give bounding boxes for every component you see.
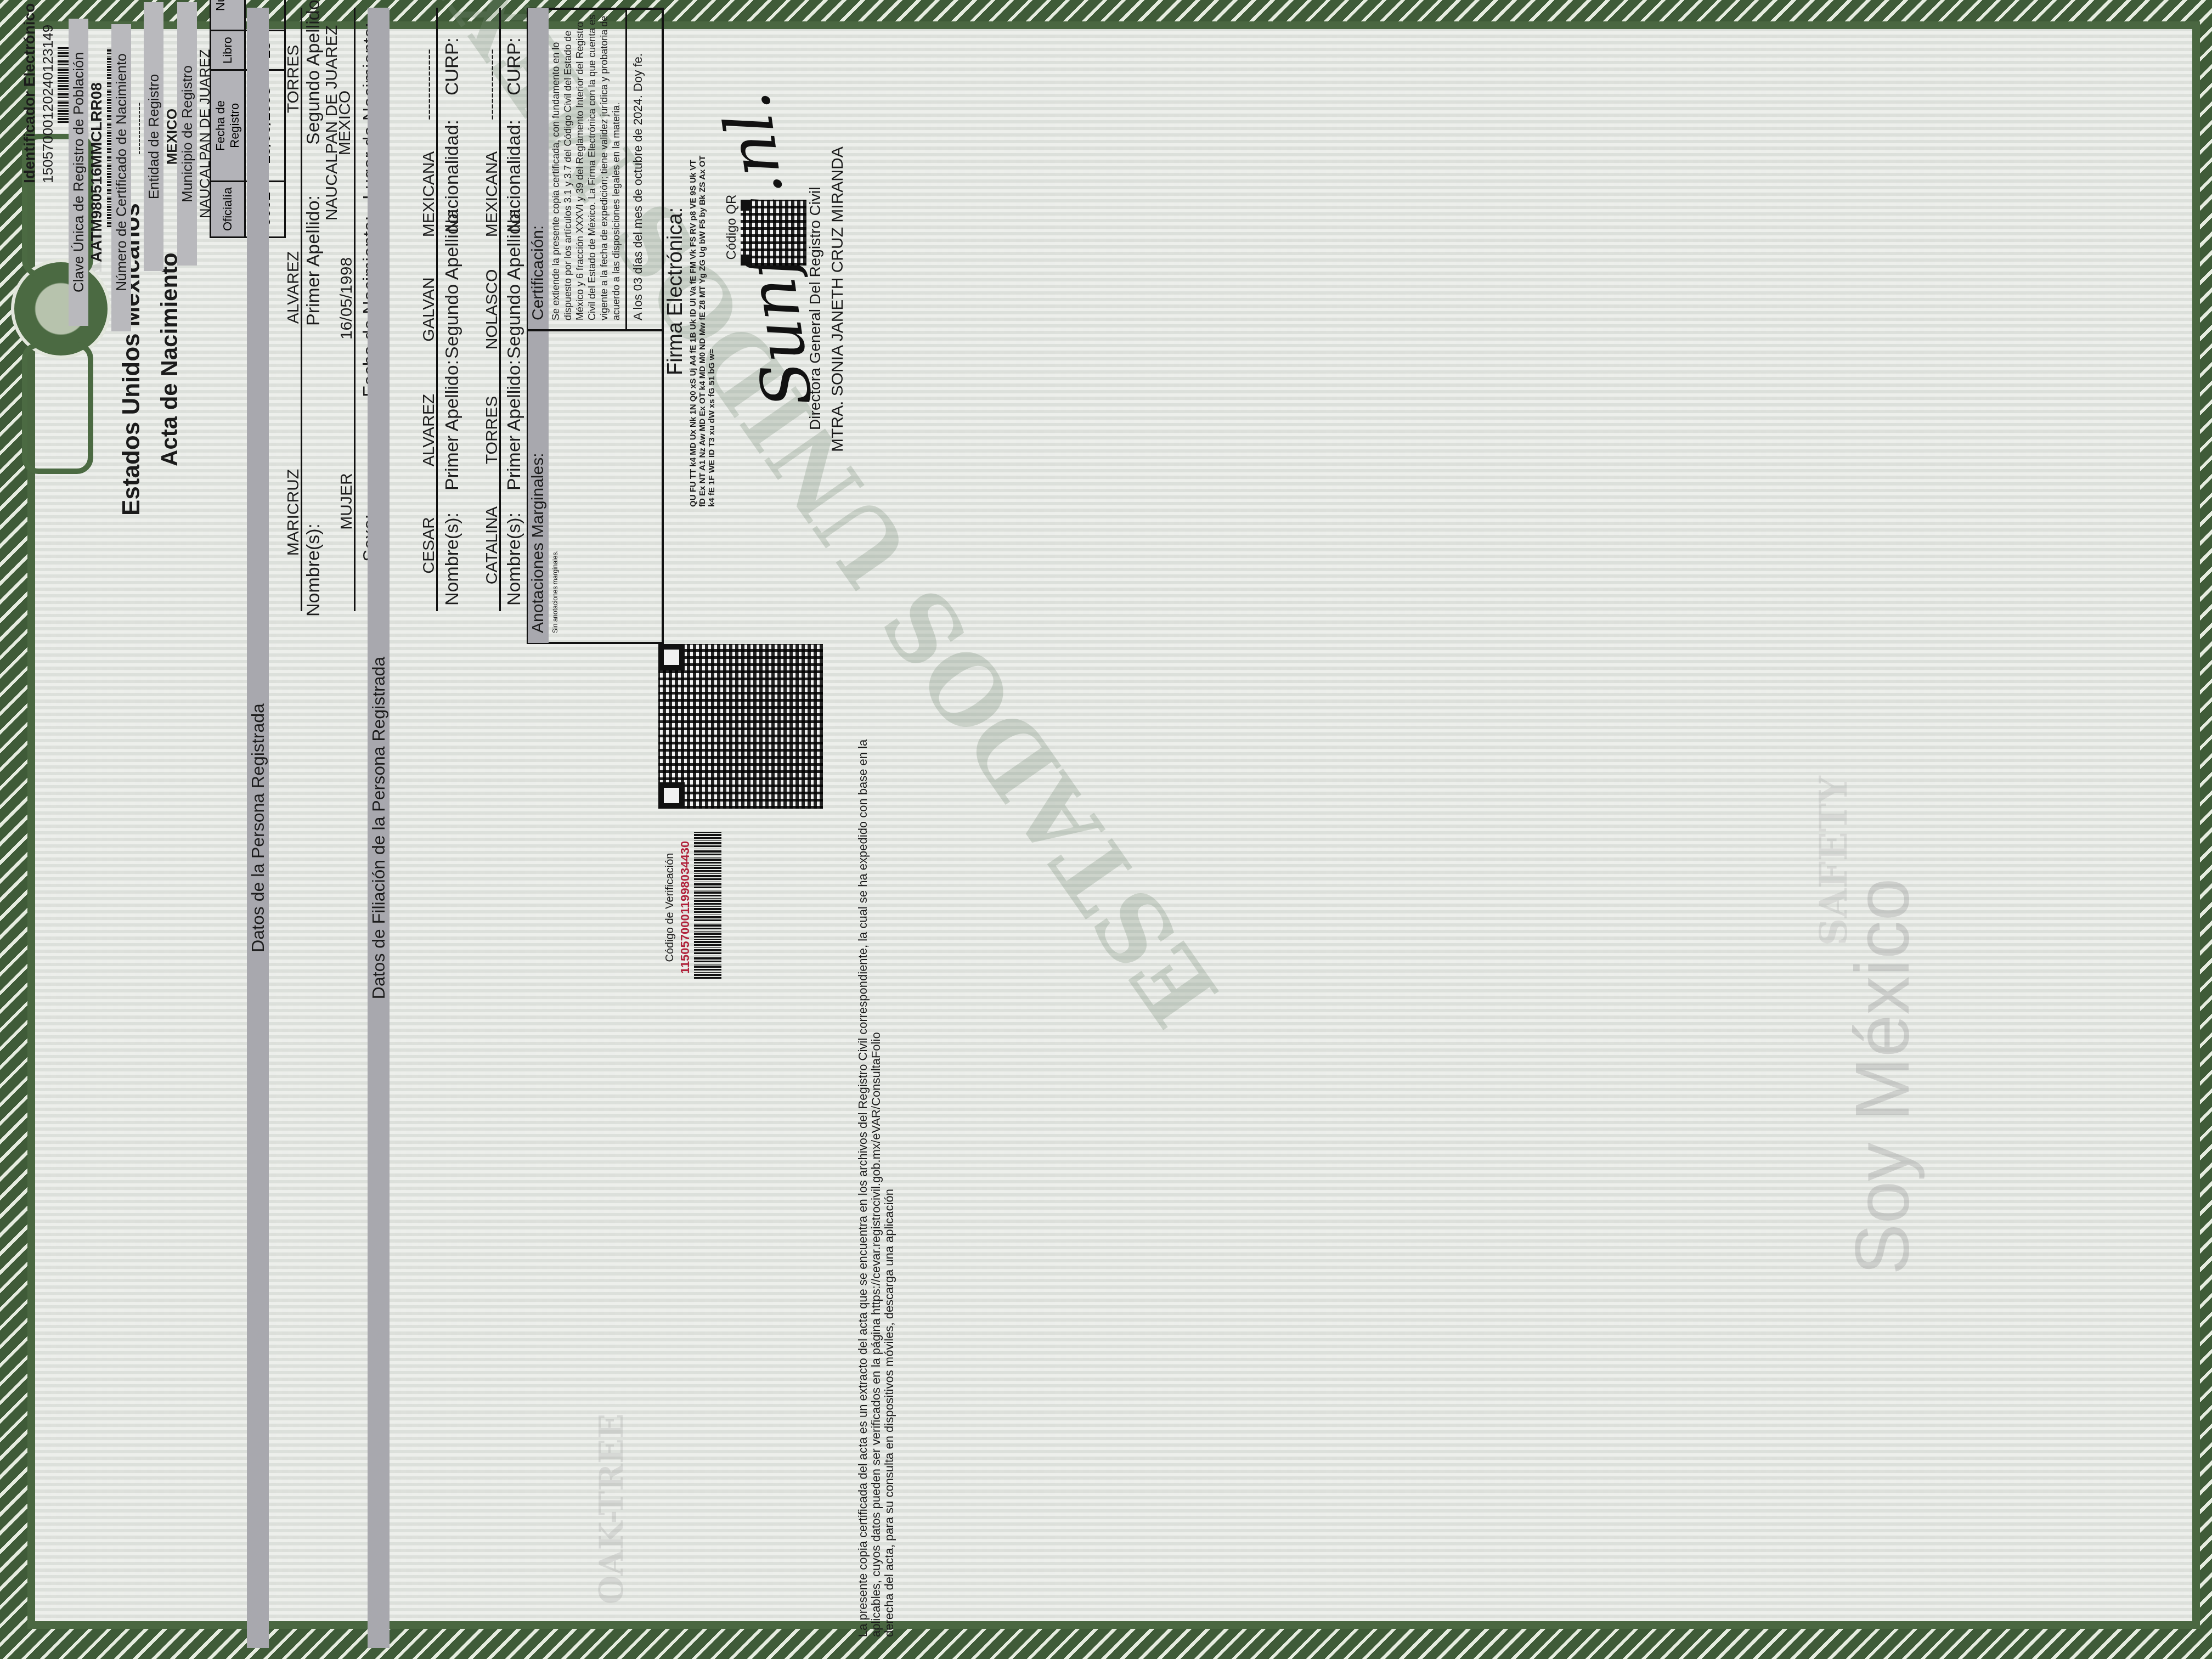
box-divider	[528, 329, 663, 331]
footer-line-2: aplicables, cuyos datos pueden ser verif…	[869, 1032, 883, 1637]
photo-frame: ESTADOS UNIDOS MEXICANOS Soy México OAK-…	[0, 0, 2212, 1659]
padre-nombre-label: Nombre(s):	[442, 485, 463, 606]
oficialia-header: Oficialía	[211, 181, 245, 237]
madre-curp-label: CURP:	[504, 30, 525, 95]
birth-certificate-sheet: ESTADOS UNIDOS MEXICANOS Soy México OAK-…	[0, 0, 2212, 1659]
director-nombre: MTRA. SONIA JANETH CRUZ MIRANDA	[828, 178, 847, 452]
padre-curp-value: -------------	[420, 46, 438, 123]
certificado-label: Número de Certificado de Nacimiento	[113, 19, 130, 326]
curp-value: AATM980516MMCLRR08	[88, 19, 105, 326]
ornament-left-icon	[22, 342, 93, 474]
madre-rule	[499, 8, 501, 611]
document-title: Acta de Nacimiento	[156, 318, 183, 466]
filiacion-section-title: Datos de Filiación de la Persona Registr…	[369, 8, 389, 1648]
anotaciones-text: Sin anotaciones marginales.	[551, 550, 559, 633]
madre-curp-value: -------------	[483, 46, 501, 123]
libro-header: Libro	[211, 31, 245, 70]
small-qr-code-icon	[741, 200, 806, 266]
persona-primer-apellido-value: ALVAREZ	[284, 205, 303, 370]
persona-birth-rule	[354, 8, 356, 611]
watermark-oak-tree-2: OAK-TREE	[592, 1413, 631, 1604]
persona-nombre-value: MARICRUZ	[284, 430, 303, 595]
madre-nacionalidad-label: Nacionalidad:	[504, 112, 525, 233]
padre-segundo-apellido-value: GALVAN	[420, 255, 438, 364]
firma-hash-line-2: fD Ex NT A1 Nz Aw MD Ex OT k4 MD M0 ND M…	[698, 156, 707, 507]
madre-nombre-value: CATALINA	[483, 490, 501, 600]
persona-segundo-apellido-value: TORRES	[284, 24, 303, 134]
madre-segundo-apellido-value: NOLASCO	[483, 255, 501, 364]
verificacion-barcode-icon	[694, 831, 721, 979]
identificador-label: Identificador Electrónico	[21, 41, 38, 183]
firma-title: Firma Electrónica:	[664, 207, 687, 375]
firma-hash-line-1: QU FU TT k4 MD Ux Nk 1N Q0 xS Uj A4 fE 1…	[689, 160, 698, 507]
persona-lugar-nacimiento-value-2: MEXICO	[336, 57, 354, 189]
codigo-qr-label: Código QR	[724, 156, 740, 298]
numero-acta-header: Número de Acta	[211, 0, 245, 31]
certificacion-date-rule	[625, 8, 627, 329]
persona-nombre-label: Nombre(s):	[303, 474, 324, 617]
firma-hash-line-3: k4 fE 1F WE ID T3 xu dW xs fG 51 bG w=	[707, 349, 716, 507]
entidad-label: Entidad de Registro	[145, 2, 162, 271]
municipio-label: Municipio de Registro	[179, 2, 196, 266]
padre-primer-apellido-label: Primer Apellido:	[442, 348, 463, 490]
persona-segundo-apellido-label: Segundo Apellido:	[303, 0, 324, 145]
padre-rule	[436, 8, 438, 611]
verificacion-value: 115057000119980344­30	[678, 825, 692, 990]
certificacion-fecha: A los 03 días del mes de octubre de 2024…	[631, 53, 645, 320]
fecha-registro-header: Fecha de Registro	[211, 70, 245, 181]
anotaciones-title: Anotaciones Marginales:	[529, 453, 548, 633]
madre-nacionalidad-value: MEXICANA	[483, 139, 501, 249]
certificacion-text: Se extiende la presente copia certificad…	[550, 13, 622, 320]
persona-fecha-nacimiento-value: 16/05/1998	[337, 244, 356, 353]
footer-line-3: derecha del acta, para su consulta en di…	[882, 1189, 896, 1637]
verificacion-label: Código de Verificación	[664, 825, 676, 990]
certificacion-title: Certificación:	[529, 225, 548, 320]
madre-primer-apellido-value: TORRES	[483, 375, 501, 485]
curp-label: Clave Única de Registro de Población	[70, 19, 87, 326]
director-cargo: Directora General Del Registro Civil	[806, 211, 824, 430]
identificador-value: 150570001202401231­49	[39, 41, 57, 183]
large-qr-code-icon	[658, 644, 823, 809]
persona-sexo-value: MUJER	[337, 447, 356, 556]
padre-nombre-value: CESAR	[420, 490, 438, 600]
padre-nacionalidad-value: MEXICANA	[420, 139, 438, 249]
persona-section-title: Datos de la Persona Registrada	[248, 8, 268, 1648]
watermark-safety: SAFETY	[1810, 776, 1856, 946]
persona-names-rule	[301, 8, 302, 611]
footer-line-1: La presente copia certificada del acta e…	[856, 740, 870, 1637]
madre-nombre-label: Nombre(s):	[504, 485, 525, 606]
padre-primer-apellido-value: ALVAREZ	[420, 375, 438, 485]
padre-nacionalidad-label: Nacionalidad:	[442, 112, 463, 233]
persona-primer-apellido-label: Primer Apellido:	[303, 161, 324, 326]
madre-primer-apellido-label: Primer Apellido:	[504, 348, 525, 490]
padre-curp-label: CURP:	[442, 30, 463, 95]
